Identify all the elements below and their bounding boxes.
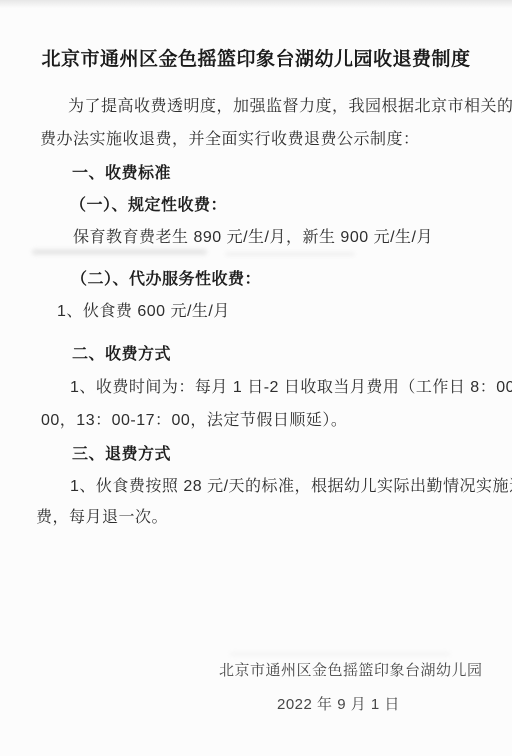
intro-paragraph-line-1: 为了提高收费透明度，加强监督力度，我园根据北京市相关的收 — [68, 96, 512, 118]
document-title: 北京市通州区金色摇篮印象台湖幼儿园收退费制度 — [0, 44, 512, 71]
section3-heading: 三、退费方式 — [72, 444, 171, 466]
signature-date: 2022 年 9 月 1 日 — [277, 694, 400, 716]
section2-item-line-1: 1、收费时间为：每月 1 日-2 日收取当月费用（工作日 8：00-12： — [70, 377, 512, 399]
section3-item-line-2: 费，每月退一次。 — [36, 507, 168, 529]
scan-smudge — [230, 652, 450, 656]
section1-sub2-heading: （二）、代办服务性收费： — [71, 269, 261, 291]
scan-smudge — [32, 249, 207, 255]
signature-organization: 北京市通州区金色摇篮印象台湖幼儿园 — [219, 660, 483, 682]
intro-paragraph-line-2: 费办法实施收退费，并全面实行收费退费公示制度： — [40, 129, 420, 151]
section1-sub1-heading: （一）、规定性收费： — [70, 195, 227, 217]
scan-artifact-top-edge — [0, 0, 512, 8]
scan-smudge — [225, 252, 355, 256]
document-page: 北京市通州区金色摇篮印象台湖幼儿园收退费制度 为了提高收费透明度，加强监督力度，… — [0, 0, 512, 756]
section2-item-line-2: 00，13：00-17：00，法定节假日顺延）。 — [41, 410, 347, 432]
section1-heading: 一、收费标准 — [72, 163, 171, 185]
section1-sub2-item: 1、伙食费 600 元/生/月 — [57, 301, 230, 323]
section3-item-line-1: 1、伙食费按照 28 元/天的标准，根据幼儿实际出勤情况实施退 — [70, 476, 512, 498]
section2-heading: 二、收费方式 — [72, 344, 171, 366]
section1-sub1-body: 保育教育费老生 890 元/生/月，新生 900 元/生/月 — [73, 227, 433, 249]
